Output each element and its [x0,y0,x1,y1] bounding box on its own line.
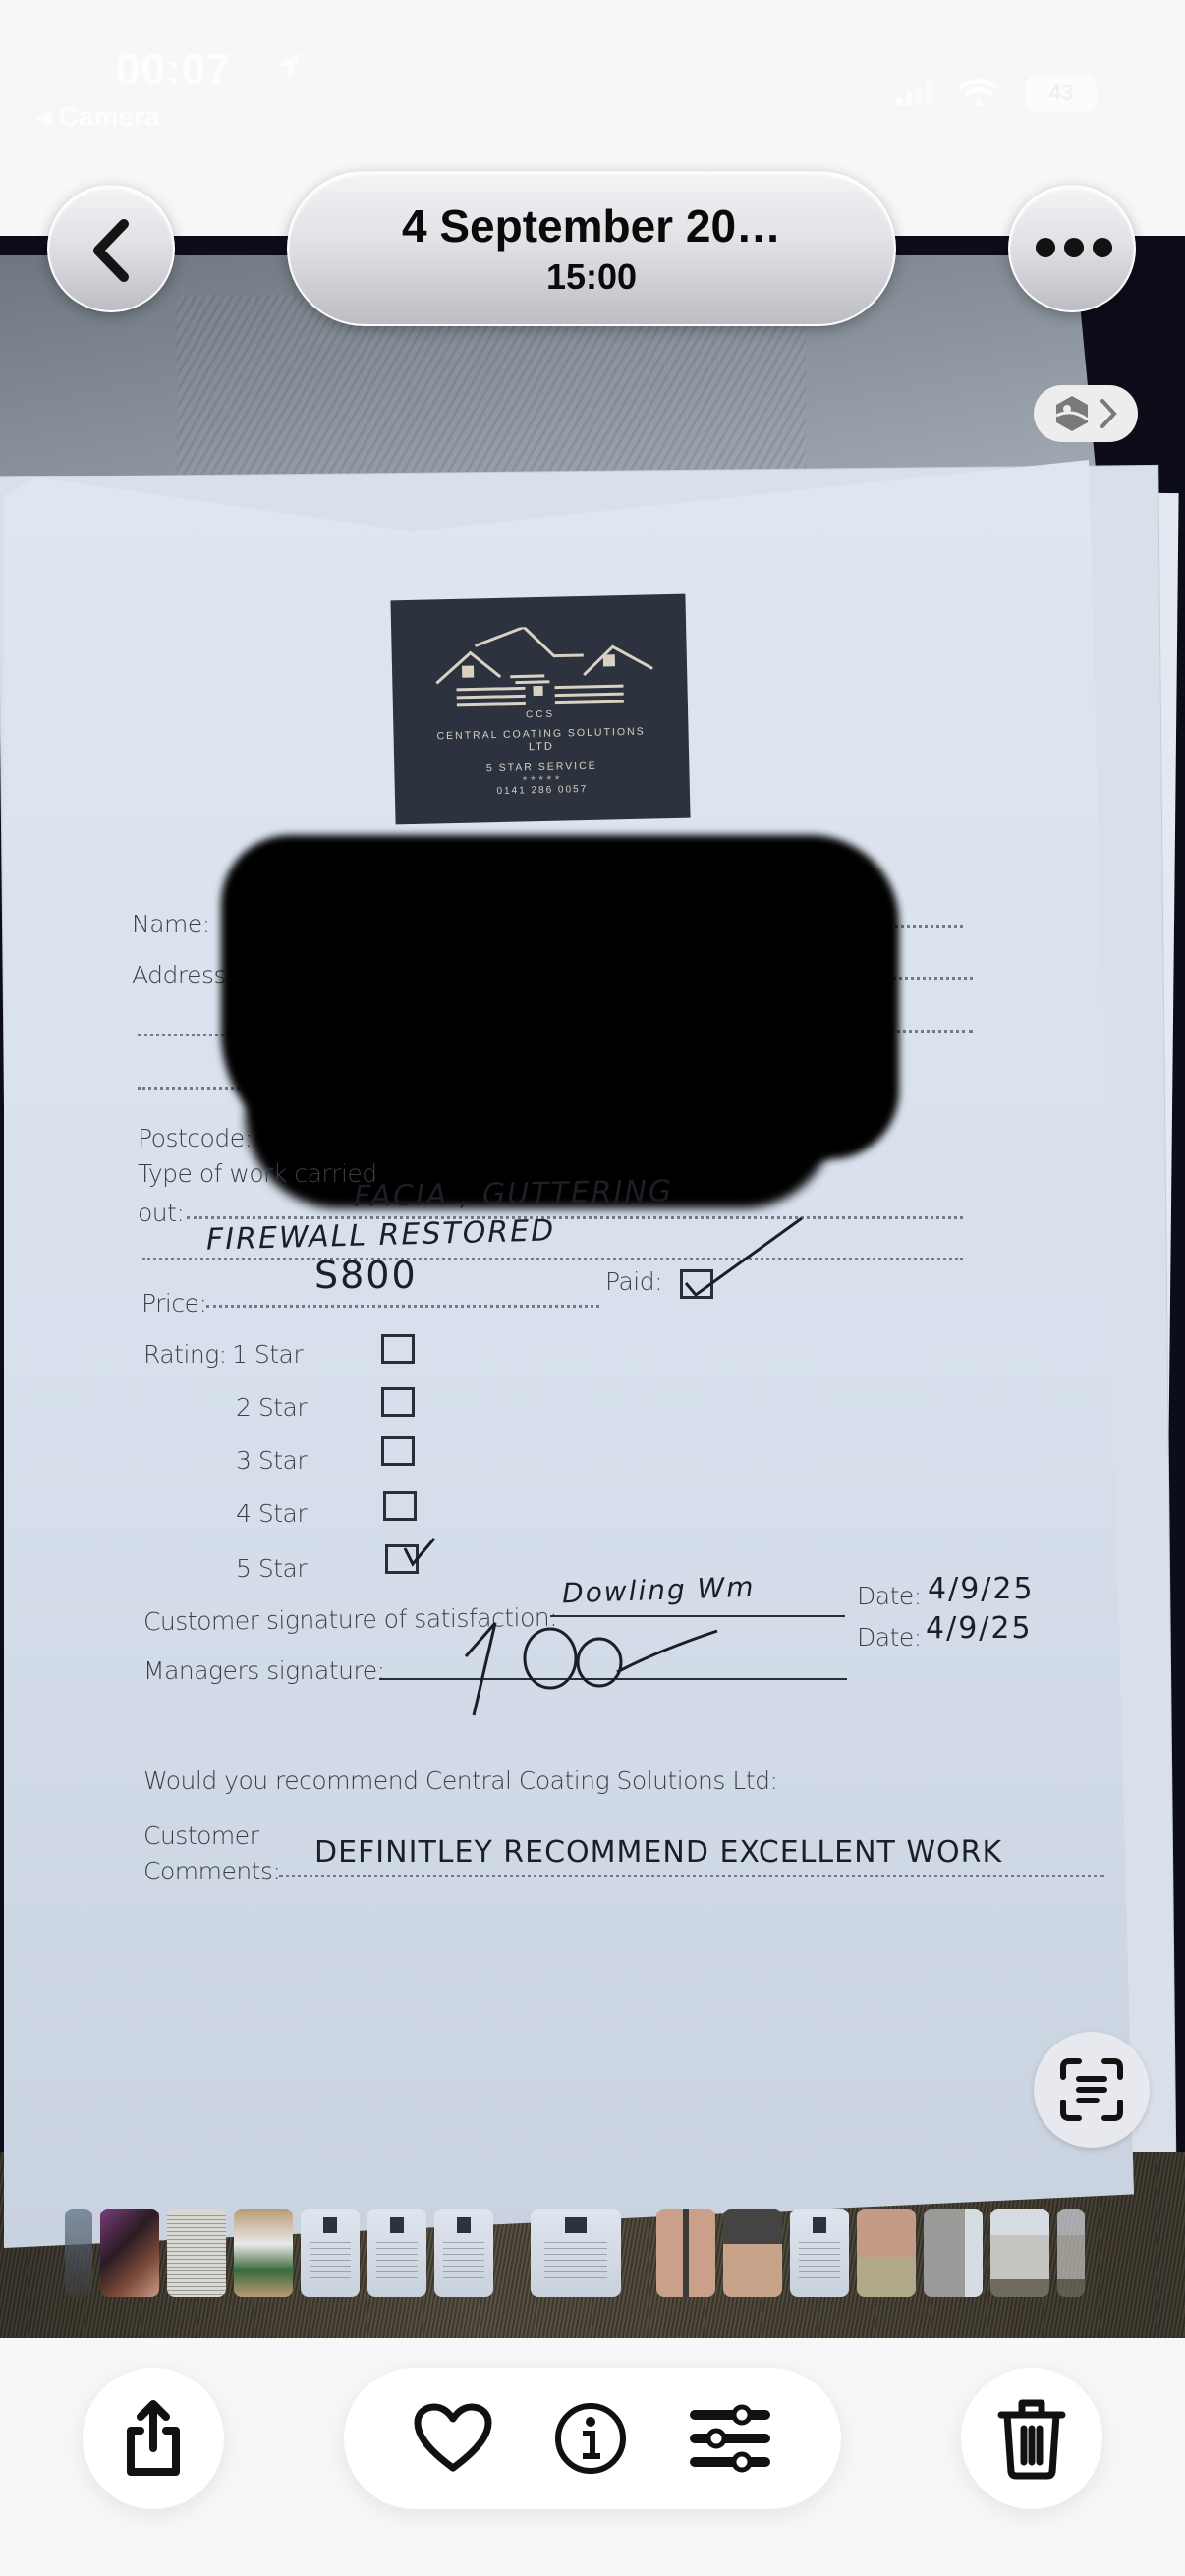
paid-label: Paid: [605,1267,662,1296]
thumbnail-strip[interactable] [65,2209,1085,2297]
thumbnail[interactable] [790,2209,849,2297]
recommend-question: Would you recommend Central Coating Solu… [143,1766,777,1795]
rating-checkbox-3 [381,1436,415,1466]
title-time: 15:00 [546,256,637,298]
logo-phone: 0141 286 0057 [496,784,588,799]
price-value: S800 [314,1254,418,1297]
heart-icon [414,2403,492,2474]
comments-label-2: Comments: [143,1857,280,1885]
info-button[interactable] [553,2401,628,2476]
ellipsis-icon [1036,238,1112,257]
chevron-left-icon [85,218,138,283]
title-date: 4 September 20… [402,199,781,252]
comments-label-1: Customer [143,1821,258,1850]
battery-icon: 43 [1026,75,1097,112]
action-group [344,2368,841,2509]
thumbnail[interactable] [924,2209,983,2297]
rating-option-4: 4 Star [236,1499,307,1528]
rating-checkbox-1 [381,1334,415,1364]
paid-checkmark-icon [684,1214,812,1303]
thumbnail-selected[interactable] [531,2209,621,2297]
share-button[interactable] [83,2368,224,2509]
comments-value: DEFINITLEY RECOMMEND EXCELLENT WORK [314,1835,1002,1870]
rating-option-1: 1 Star [232,1340,303,1369]
logo-stars: ★★★★★ [522,774,563,784]
info-icon [553,2401,628,2476]
rating-option-3: 3 Star [236,1446,307,1475]
work-value-1: FACIA , GUTTERING [354,1174,674,1214]
bottom-toolbar [0,2338,1185,2576]
image-hexagon-icon [1053,394,1091,433]
company-logo: CCS CENTRAL COATING SOLUTIONS LTD 5 STAR… [390,594,690,825]
chevron-right-icon [1099,397,1118,430]
location-arrow-icon [273,51,303,84]
thumbnail[interactable] [857,2209,916,2297]
status-time: 00:07 [116,45,232,94]
rating-checkbox-4 [383,1491,417,1521]
thumbnail[interactable] [167,2209,226,2297]
rating-checkmark-icon [401,1535,436,1568]
back-button[interactable] [47,185,175,312]
customer-date-label: Date: [857,1582,922,1610]
manager-date-label: Date: [857,1623,922,1652]
thumbnail[interactable] [1057,2209,1085,2297]
rating-option-2: 2 Star [236,1393,307,1422]
trash-icon [997,2397,1066,2480]
photo-date-title[interactable]: 4 September 20… 15:00 [287,171,896,326]
cellular-signal-icon [896,81,931,106]
customer-date: 4/9/25 [928,1572,1035,1606]
favorite-button[interactable] [414,2403,492,2474]
manager-signature-label: Managers signature: [143,1656,385,1685]
live-text-button[interactable] [1034,2032,1150,2148]
share-icon [119,2399,188,2478]
manager-signature [452,1611,747,1719]
postcode-label: Postcode: [138,1124,253,1152]
work-label-1: Type of work carried [138,1159,377,1188]
photo-viewer[interactable]: CCS CENTRAL COATING SOLUTIONS LTD 5 STAR… [0,236,1185,2338]
customer-signature: Dowling Wm [561,1571,756,1610]
thumbnail[interactable] [65,2209,92,2297]
work-label-2: out: [138,1199,184,1227]
logo-tagline: 5 STAR SERVICE [486,760,597,776]
thumbnail[interactable] [656,2209,715,2297]
battery-level: 43 [1049,81,1073,106]
back-app-label: Camera [59,101,160,132]
back-to-app-link[interactable]: ◂ Camera [37,100,160,133]
thumbnail[interactable] [234,2209,293,2297]
text-scan-icon [1059,2057,1124,2122]
thumbnail[interactable] [990,2209,1049,2297]
adjust-button[interactable] [689,2403,771,2474]
thumbnail[interactable] [100,2209,159,2297]
wifi-icon [957,79,1000,108]
thumbnail[interactable] [434,2209,493,2297]
roofs-logo-icon [416,624,663,708]
more-options-button[interactable] [1008,185,1136,312]
manager-date: 4/9/25 [926,1611,1033,1646]
price-label: Price: [141,1289,206,1317]
visual-lookup-button[interactable] [1034,385,1138,442]
name-label: Name: [132,910,210,938]
rating-checkbox-2 [381,1387,415,1417]
delete-button[interactable] [961,2368,1102,2509]
logo-abbr: CCS [526,709,555,722]
logo-suffix: LTD [529,740,554,754]
rating-option-5: 5 Star [236,1554,307,1583]
sliders-icon [689,2403,771,2474]
thumbnail[interactable] [301,2209,360,2297]
address-label: Address: [132,961,234,989]
thumbnail[interactable] [723,2209,782,2297]
thumbnail[interactable] [367,2209,426,2297]
rating-label: Rating: [143,1340,227,1369]
